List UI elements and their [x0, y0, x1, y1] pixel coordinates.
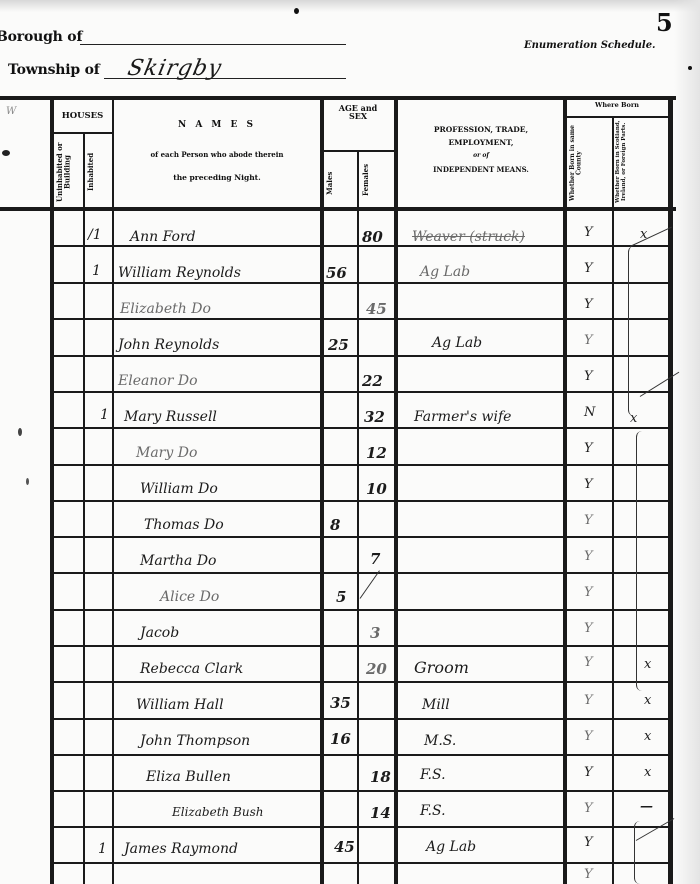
margin-ink-mark [18, 428, 22, 436]
name-cell: John Reynolds [118, 338, 219, 352]
schedule-label: Enumeration Schedule. [524, 40, 656, 51]
row-line [52, 718, 670, 720]
female-age-cell: 14 [370, 806, 391, 821]
name-cell: Jacob [140, 626, 179, 640]
male-age-cell: 25 [328, 338, 349, 353]
born-same-county-cell: Y [584, 514, 593, 527]
male-age-cell: 35 [330, 696, 351, 711]
born-same-county-cell: Y [584, 334, 593, 347]
born-same-county-cell: Y [584, 550, 593, 563]
row-line [52, 609, 670, 611]
born-same-county-cell: Y [584, 656, 593, 669]
name-cell: Martha Do [140, 554, 216, 568]
table-top-border [0, 96, 676, 100]
profession-header-line4: INDEPENDENT MEANS. [398, 166, 564, 174]
names-header-title: N A M E S [114, 120, 320, 130]
census-table: W HOUSES Uninhabited or Building Inhabit… [0, 96, 676, 884]
born-same-county-cell: Y [584, 766, 593, 779]
female-age-cell: 10 [366, 482, 387, 497]
row-line [52, 245, 670, 247]
age-sex-header-text: AGE and SEX [339, 103, 378, 121]
ink-blot [688, 66, 692, 70]
profession-cell: Ag Lab [420, 265, 470, 279]
tally-stroke [630, 227, 672, 247]
census-page: Borough of Township of Skirgby 5 Enumera… [0, 0, 700, 884]
female-age-cell: 3 [370, 626, 380, 641]
col-border-where-born [563, 96, 567, 884]
female-age-cell: 45 [366, 302, 387, 317]
born-same-county-cell: Y [584, 622, 593, 635]
males-header: Males [326, 162, 354, 204]
row-line [52, 282, 670, 284]
name-cell: William Reynolds [118, 266, 241, 280]
col-border-profession [394, 96, 398, 884]
tally-stroke [640, 372, 680, 397]
name-cell: John Thompson [140, 734, 250, 748]
name-cell: Eliza Bullen [146, 770, 231, 784]
row-line [52, 464, 670, 466]
row-line [52, 790, 670, 792]
male-age-cell: 16 [330, 732, 351, 747]
female-age-cell: 7 [370, 552, 380, 567]
row-line [52, 355, 670, 357]
houses-header: HOUSES [52, 112, 113, 122]
born-same-county-cell: N [584, 406, 595, 419]
name-cell: William Do [140, 482, 218, 496]
header-bottom-border [0, 207, 676, 211]
township-value: Skirgby [125, 56, 224, 81]
born-scotland-ireland-header: Whether Born in Scotland, Ireland, or Fo… [616, 120, 664, 204]
born-same-county-cell: Y [584, 478, 593, 491]
born-same-county-header: Whether Born in same County [570, 122, 608, 204]
row-line [52, 536, 670, 538]
name-cell: Alice Do [160, 590, 219, 604]
born-same-county-cell: Y [584, 586, 593, 599]
born-same-county-cell: Y [584, 730, 593, 743]
profession-cell: Weaver (struck) [412, 230, 525, 244]
col-border-names [112, 96, 114, 884]
born-other-cell: x [644, 730, 651, 743]
name-cell: Mary Do [136, 446, 197, 460]
born-same-county-cell: Y [584, 298, 593, 311]
age-correction-stroke [360, 570, 380, 598]
female-age-cell: 80 [362, 230, 383, 245]
name-cell: Eleanor Do [118, 374, 198, 388]
born-other-cell: — [640, 800, 653, 813]
born-same-county-cell: Y [584, 694, 593, 707]
born-same-county-cell: Y [584, 226, 593, 239]
scan-shadow-top [0, 0, 700, 12]
profession-cell: M.S. [424, 734, 456, 748]
profession-cell: Groom [414, 660, 469, 676]
household-bracket-stroke [628, 246, 639, 416]
row-line [52, 754, 670, 756]
male-age-cell: 56 [326, 266, 347, 281]
name-cell: Elizabeth Bush [172, 806, 264, 818]
profession-cell: Ag Lab [426, 840, 476, 854]
ink-blot [294, 8, 299, 14]
borough-label: Borough of [0, 29, 82, 45]
row-line [52, 862, 670, 864]
born-other-cell: x [644, 694, 651, 707]
females-header: Females [362, 156, 390, 204]
profession-cell: F.S. [420, 768, 446, 782]
houses-uninhabited-header: Uninhabited or Building [56, 140, 80, 204]
page-number: 5 [656, 8, 673, 37]
born-other-cell: x [630, 412, 637, 425]
born-same-county-cell: Y [584, 802, 593, 815]
name-cell: Mary Russell [124, 410, 217, 424]
profession-header-line1: PROFESSION, TRADE, [398, 126, 564, 135]
female-age-cell: 22 [362, 374, 383, 389]
born-other-cell: x [644, 658, 651, 671]
household-bracket-stroke [636, 431, 645, 691]
household-bracket-stroke [634, 821, 643, 884]
born-other-cell: x [640, 228, 647, 241]
row-line [52, 681, 670, 683]
profession-cell: F.S. [420, 804, 446, 818]
houses-inhabited-cell: 1 [92, 264, 101, 278]
where-born-header: Where Born [566, 102, 668, 109]
houses-inhabited-cell: /1 [88, 228, 102, 242]
row-line [52, 826, 670, 828]
age-sex-header: AGE and SEX [338, 104, 378, 120]
born-same-county-cell: Y [584, 442, 593, 455]
row-line [52, 427, 670, 429]
margin-ink-mark [26, 478, 29, 485]
col-border-margin [50, 96, 54, 884]
scan-shadow-right [674, 0, 700, 884]
township-label: Township of [8, 62, 100, 78]
name-cell: Elizabeth Do [120, 302, 211, 316]
row-line [52, 391, 670, 393]
row-line [52, 318, 670, 320]
houses-inhabited-cell: 1 [98, 842, 107, 856]
female-age-cell: 20 [366, 662, 387, 677]
born-same-county-cell: Y [584, 370, 593, 383]
where-born-header-divider [565, 116, 668, 118]
name-cell: William Hall [136, 698, 224, 712]
male-age-cell: 8 [330, 518, 340, 533]
born-same-county-cell: Y [584, 262, 593, 275]
female-age-cell: 18 [370, 770, 391, 785]
row-line [52, 572, 670, 574]
col-border-right [668, 96, 673, 884]
name-cell: Thomas Do [144, 518, 224, 532]
names-header-sub2: the preceding Night. [114, 174, 320, 183]
profession-header-line3: or of [398, 153, 564, 160]
houses-inhabited-cell: 1 [100, 408, 109, 422]
female-age-cell: 32 [364, 410, 385, 425]
name-cell: Rebecca Clark [140, 662, 243, 676]
name-cell: James Raymond [124, 842, 238, 856]
margin-ink-mark [2, 150, 10, 156]
margin-header-ghost: W [6, 106, 16, 117]
male-age-cell: 45 [334, 840, 355, 855]
profession-header-line2: EMPLOYMENT, [398, 139, 564, 148]
profession-cell: Ag Lab [432, 336, 482, 350]
profession-cell: Farmer's wife [414, 410, 511, 424]
born-same-county-cell: Y [584, 836, 593, 849]
col-border-age [320, 96, 324, 884]
name-cell: Ann Ford [130, 230, 196, 244]
born-same-county-cell: Y [584, 868, 593, 881]
names-header-sub1: of each Person who abode therein [114, 151, 320, 159]
houses-inhabited-header: Inhabited [87, 144, 109, 200]
row-line [52, 500, 670, 502]
borough-fill-line [80, 44, 346, 45]
row-line [52, 645, 670, 647]
profession-cell: Mill [422, 698, 450, 712]
col-border-sex [357, 150, 359, 884]
born-other-cell: x [644, 766, 651, 779]
female-age-cell: 12 [366, 446, 387, 461]
male-age-cell: 5 [336, 590, 346, 605]
